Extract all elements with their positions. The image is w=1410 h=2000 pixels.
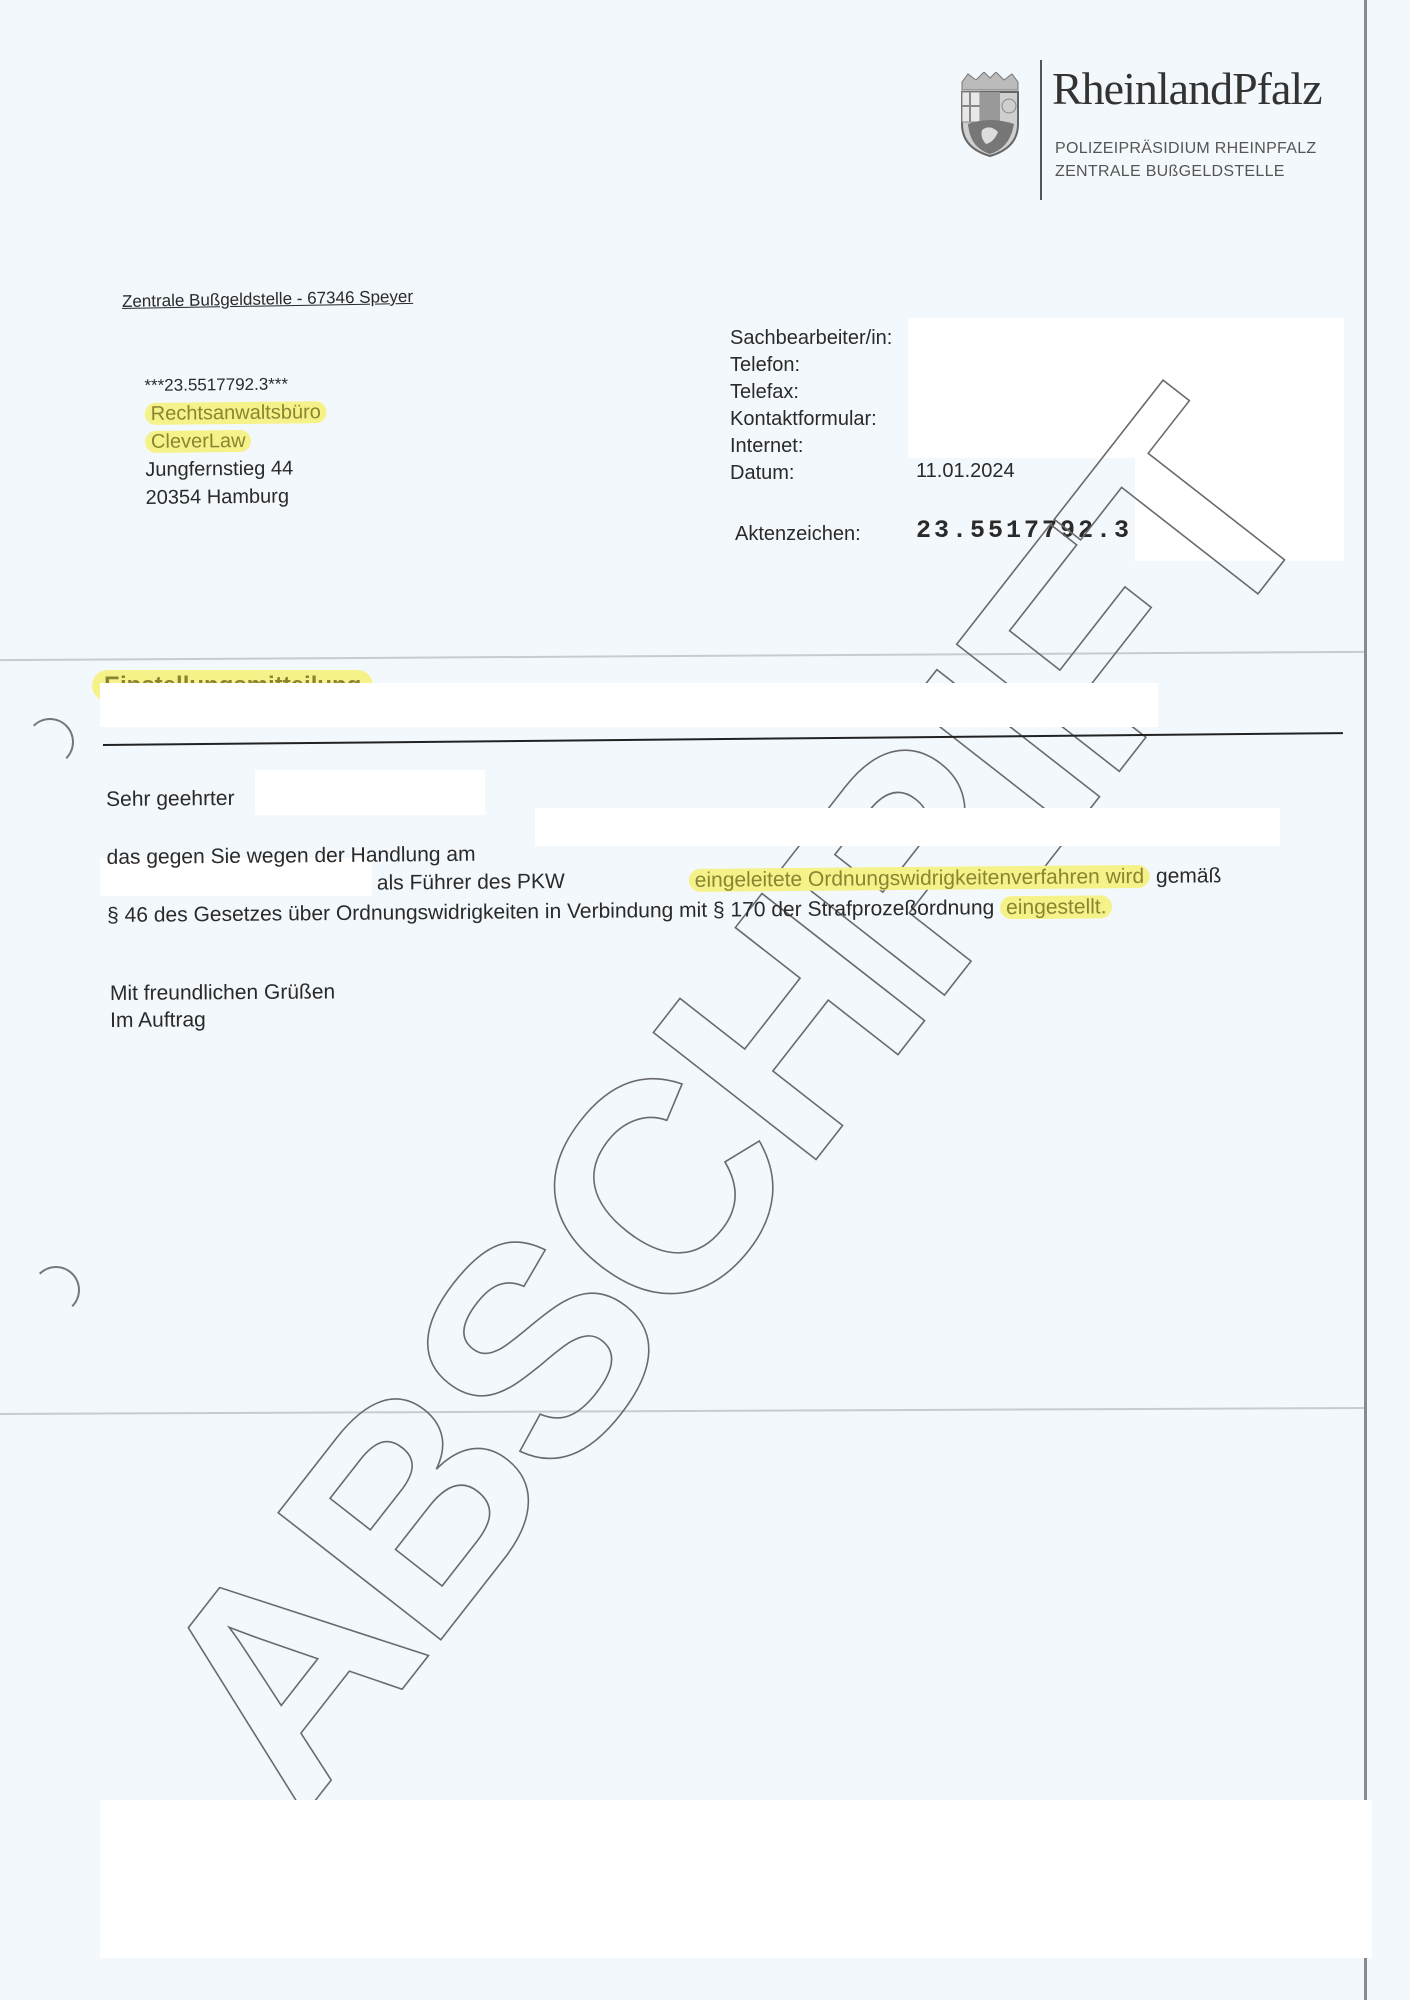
- closing-line-1: Mit freundlichen Grüßen: [110, 978, 335, 1007]
- department-line-2: ZENTRALE BUßGELDSTELLE: [1055, 163, 1285, 181]
- redaction-box: [100, 683, 1158, 727]
- page-edge-line: [1364, 1958, 1367, 2000]
- svg-text:ABSCHRIFT: ABSCHRIFT: [86, 338, 1378, 1860]
- meta-label: Internet:: [730, 433, 892, 460]
- redaction-box: [100, 1800, 1372, 1958]
- brand-logo-text: RheinlandPfalz: [1052, 62, 1322, 115]
- meta-label: Sachbearbeiter/in:: [730, 325, 892, 352]
- paper-fold-line: [0, 651, 1364, 661]
- page-edge-line: [1364, 0, 1367, 1800]
- meta-label: Datum:: [730, 460, 892, 487]
- redaction-box: [255, 770, 485, 815]
- closing-block: Mit freundlichen Grüßen Im Auftrag: [110, 978, 336, 1034]
- redaction-box: [1135, 455, 1344, 561]
- contact-meta-block: Sachbearbeiter/in: Telefon: Telefax: Kon…: [730, 325, 892, 487]
- recipient-city: 20354 Hamburg: [145, 482, 327, 512]
- aktenzeichen-value: 23.5517792.3: [916, 516, 1132, 545]
- body-line-1: das gegen Sie wegen der Handlung am: [107, 843, 476, 870]
- greeting: Sehr geehrter: [106, 787, 235, 812]
- letterhead-divider: [1040, 60, 1042, 200]
- closing-line-2: Im Auftrag: [110, 1005, 335, 1034]
- recipient-name-line2: CleverLaw: [145, 426, 327, 456]
- aktenzeichen-label: Aktenzeichen:: [735, 523, 861, 546]
- recipient-address: ***23.5517792.3*** Rechtsanwaltsbüro Cle…: [144, 370, 328, 512]
- subject-rule: [103, 732, 1343, 746]
- punch-hole-mark: [32, 1266, 80, 1314]
- coat-of-arms-icon: [958, 72, 1022, 158]
- letter-date: 11.01.2024: [916, 460, 1015, 483]
- redaction-box: [908, 318, 1344, 458]
- body-line-2: als Führer des PKWeingeleitete Ordnungsw…: [377, 864, 1222, 895]
- recipient-reference: ***23.5517792.3***: [144, 370, 326, 400]
- meta-label: Telefon:: [730, 352, 892, 379]
- redaction-box: [535, 808, 1280, 846]
- department-line-1: POLIZEIPRÄSIDIUM RHEINPFALZ: [1055, 140, 1316, 158]
- recipient-street: Jungfernstieg 44: [145, 454, 327, 484]
- meta-label: Telefax:: [730, 379, 892, 406]
- body-line-3: § 46 des Gesetzes über Ordnungswidrigkei…: [107, 895, 1113, 928]
- paper-fold-line: [0, 1407, 1364, 1415]
- recipient-name-line1: Rechtsanwaltsbüro: [145, 398, 327, 428]
- punch-hole-mark: [26, 718, 74, 766]
- meta-label: Kontaktformular:: [730, 406, 892, 433]
- sender-return-address: Zentrale Bußgeldstelle - 67346 Speyer: [122, 283, 413, 315]
